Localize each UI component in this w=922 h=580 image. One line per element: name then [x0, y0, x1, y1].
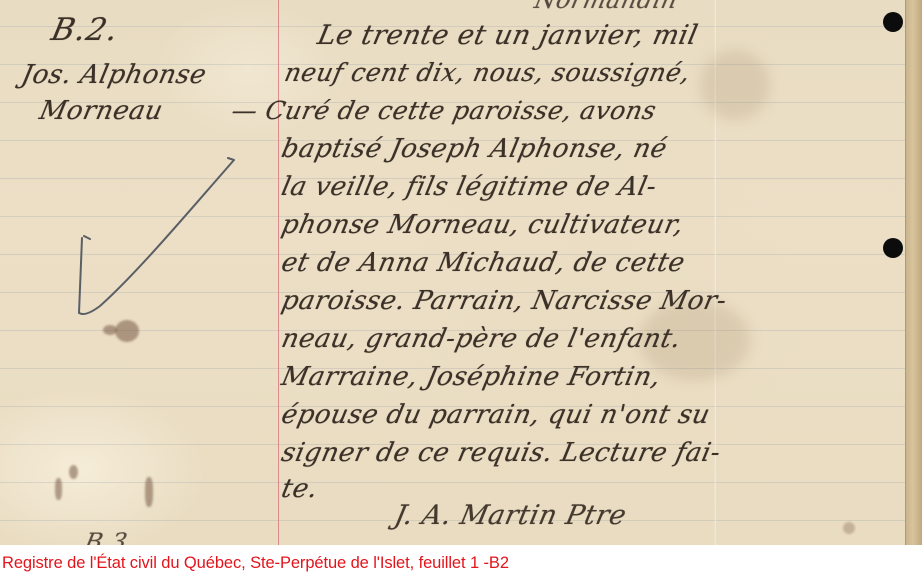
ink-stain: [145, 477, 153, 507]
register-text-line: Marraine, Joséphine Fortin,: [279, 362, 664, 392]
register-page-scan: Normandin B.2. Jos. Alphonse Morneau Le …: [0, 0, 922, 545]
register-text-line: neuf cent dix, nous, soussigné,: [282, 58, 693, 87]
register-text-line: Le trente et un janvier, mil: [315, 20, 701, 51]
punch-hole-top: [883, 12, 903, 32]
register-text-line: neau, grand-père de l'enfant.: [279, 324, 684, 354]
next-entry-code-partial: B.3: [82, 528, 130, 545]
register-text-line: phonse Morneau, cultivateur,: [279, 210, 687, 240]
register-text-line: signer de ce requis. Lecture fai-: [279, 438, 724, 468]
register-text-line: la veille, fils légitime de Al-: [279, 172, 660, 202]
register-text-line: paroisse. Parrain, Narcisse Mor-: [279, 286, 730, 316]
ink-stain: [843, 522, 855, 534]
header-partial-text: Normandin: [532, 0, 680, 14]
punch-hole-middle: [883, 238, 903, 258]
priest-signature: J. A. Martin Ptre: [392, 500, 630, 531]
ink-stain: [55, 478, 62, 500]
register-text-line: épouse du parrain, qui n'ont su: [279, 400, 713, 430]
register-text-line: baptisé Joseph Alphonse, né: [279, 134, 670, 164]
page-binding-edge: [905, 0, 922, 545]
pencil-check-mark-icon: [0, 0, 300, 330]
register-text-line: te.: [279, 474, 321, 504]
ink-stain: [69, 465, 78, 479]
image-caption: Registre de l'État civil du Québec, Ste-…: [2, 554, 509, 573]
register-text-line: — Curé de cette paroisse, avons: [229, 96, 659, 125]
register-text-line: et de Anna Michaud, de cette: [279, 248, 688, 278]
water-smudge: [700, 50, 770, 120]
